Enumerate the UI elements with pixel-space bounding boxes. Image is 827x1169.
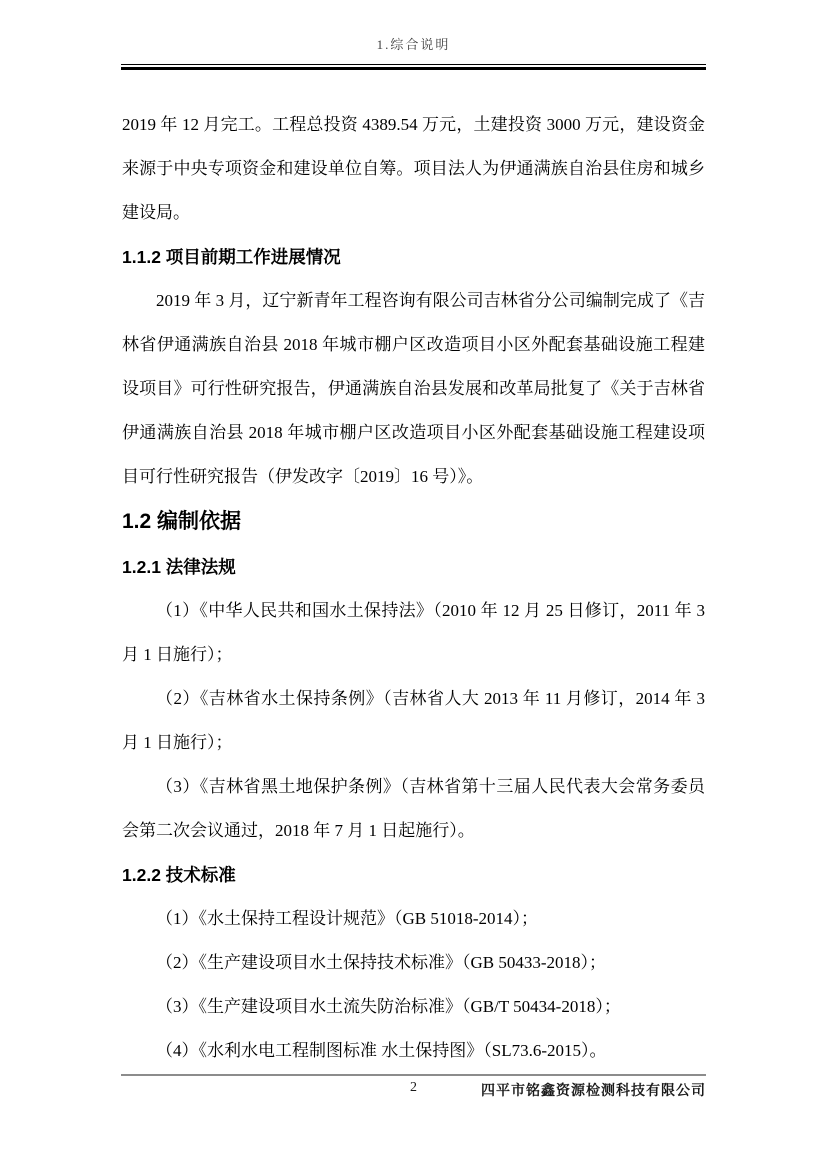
paragraph: 2019 年 3 月，辽宁新青年工程咨询有限公司吉林省分公司编制完成了《吉林省伊…: [122, 279, 705, 499]
paragraph: （2）《生产建设项目水土保持技术标准》（GB 50433-2018）；: [122, 941, 705, 985]
subsection-heading: 1.2.2 技术标准: [122, 853, 705, 897]
document-body: 2019 年 12 月完工。工程总投资 4389.54 万元，土建投资 3000…: [122, 103, 705, 1073]
subsection-heading: 1.2.1 法律法规: [122, 545, 705, 589]
page-footer: 2 四平市铭鑫资源检测科技有限公司: [121, 1074, 706, 1104]
subsection-heading: 1.1.2 项目前期工作进展情况: [122, 235, 705, 279]
header-rule: [121, 64, 706, 70]
header-rule-thick-line: [121, 67, 706, 70]
paragraph: （1）《中华人民共和国水土保持法》（2010 年 12 月 25 日修订，201…: [122, 589, 705, 677]
running-header-title: 1.综合说明: [377, 37, 451, 52]
section-heading: 1.2 编制依据: [122, 499, 705, 545]
paragraph: （4）《水利水电工程制图标准 水土保持图》（SL73.6-2015）。: [122, 1029, 705, 1073]
footer-company-name: 四平市铭鑫资源检测科技有限公司: [481, 1080, 706, 1100]
paragraph: （3）《吉林省黑土地保护条例》（吉林省第十三届人民代表大会常务委员会第二次会议通…: [122, 765, 705, 853]
paragraph: （2）《吉林省水土保持条例》（吉林省人大 2013 年 11 月修订，2014 …: [122, 677, 705, 765]
page-header: 1.综合说明: [122, 36, 705, 54]
paragraph: （3）《生产建设项目水土流失防治标准》（GB/T 50434-2018）；: [122, 985, 705, 1029]
paragraph: （1）《水土保持工程设计规范》（GB 51018-2014）；: [122, 897, 705, 941]
document-page: 1.综合说明 2019 年 12 月完工。工程总投资 4389.54 万元，土建…: [0, 0, 827, 1169]
paragraph: 2019 年 12 月完工。工程总投资 4389.54 万元，土建投资 3000…: [122, 103, 705, 235]
